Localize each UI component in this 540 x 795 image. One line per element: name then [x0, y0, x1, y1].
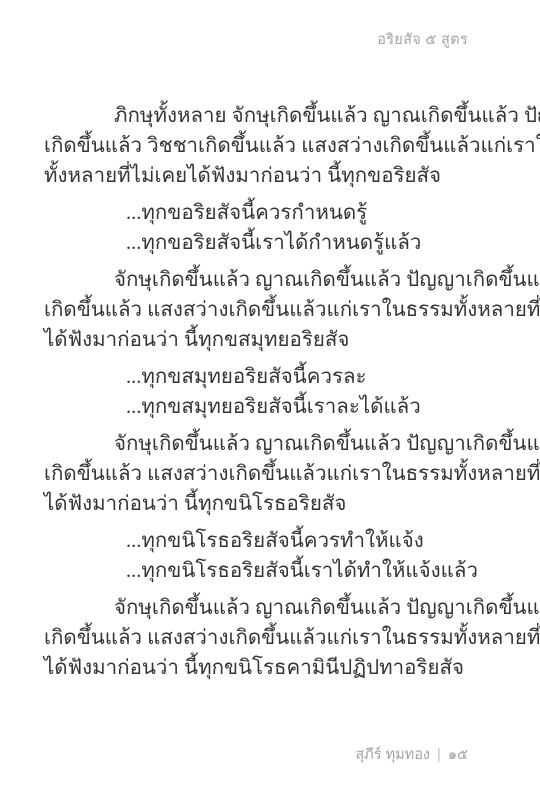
paragraph: ภิกษุทั้งหลาย จักษุเกิดขึ้นแล้ว ญาณเกิดข…	[44, 101, 500, 191]
text-line: ภิกษุทั้งหลาย จักษุเกิดขึ้นแล้ว ญาณเกิดข…	[44, 101, 500, 131]
text-line: ...ทุกขสมุทยอริยสัจนี้ควรละ	[126, 362, 500, 392]
footer-author: สุภีร์ ทุมทอง	[355, 747, 430, 763]
book-page: อริยสัจ ๕ สูตร ภิกษุทั้งหลาย จักษุเกิดขึ…	[0, 0, 540, 795]
page-footer: สุภีร์ ทุมทอง|๑๕	[355, 745, 468, 765]
text-line: เกิดขึ้นแล้ว แสงสว่างเกิดขึ้นแล้วแก่เราใ…	[44, 459, 500, 489]
text-line: ...ทุกขนิโรธอริยสัจนี้ควรทำให้แจ้ง	[126, 526, 500, 556]
text-line: ...ทุกขสมุทยอริยสัจนี้เราละได้แล้ว	[126, 392, 500, 422]
refrain-couplet: ...ทุกขอริยสัจนี้ควรกำหนดรู้...ทุกขอริยส…	[44, 198, 500, 258]
text-line: ได้ฟังมาก่อนว่า นี้ทุกขนิโรธคามินีปฏิปทา…	[44, 653, 500, 683]
text-line: จักษุเกิดขึ้นแล้ว ญาณเกิดขึ้นแล้ว ปัญญาเ…	[44, 429, 500, 459]
text-line: เกิดขึ้นแล้ว แสงสว่างเกิดขึ้นแล้วแก่เราใ…	[44, 623, 500, 653]
text-line: จักษุเกิดขึ้นแล้ว ญาณเกิดขึ้นแล้ว ปัญญาเ…	[44, 265, 500, 295]
refrain-couplet: ...ทุกขสมุทยอริยสัจนี้ควรละ...ทุกขสมุทยอ…	[44, 362, 500, 422]
page-number: ๑๕	[448, 747, 468, 763]
text-line: จักษุเกิดขึ้นแล้ว ญาณเกิดขึ้นแล้ว ปัญญาเ…	[44, 593, 500, 623]
running-header: อริยสัจ ๕ สูตร	[377, 30, 468, 50]
paragraph: จักษุเกิดขึ้นแล้ว ญาณเกิดขึ้นแล้ว ปัญญาเ…	[44, 265, 500, 355]
text-line: ทั้งหลายที่ไม่เคยได้ฟังมาก่อนว่า นี้ทุกข…	[44, 161, 500, 191]
text-line: ได้ฟังมาก่อนว่า นี้ทุกขนิโรธอริยสัจ	[44, 489, 500, 519]
footer-divider: |	[437, 745, 441, 765]
paragraph: จักษุเกิดขึ้นแล้ว ญาณเกิดขึ้นแล้ว ปัญญาเ…	[44, 593, 500, 683]
page-body: ภิกษุทั้งหลาย จักษุเกิดขึ้นแล้ว ญาณเกิดข…	[44, 101, 500, 683]
paragraph: จักษุเกิดขึ้นแล้ว ญาณเกิดขึ้นแล้ว ปัญญาเ…	[44, 429, 500, 519]
text-line: เกิดขึ้นแล้ว วิชชาเกิดขึ้นแล้ว แสงสว่างเ…	[44, 131, 500, 161]
text-line: ...ทุกขอริยสัจนี้ควรกำหนดรู้	[126, 198, 500, 228]
text-line: ...ทุกขนิโรธอริยสัจนี้เราได้ทำให้แจ้งแล้…	[126, 556, 500, 586]
text-line: เกิดขึ้นแล้ว แสงสว่างเกิดขึ้นแล้วแก่เราใ…	[44, 295, 500, 325]
text-line: ...ทุกขอริยสัจนี้เราได้กำหนดรู้แล้ว	[126, 228, 500, 258]
text-line: ได้ฟังมาก่อนว่า นี้ทุกขสมุทยอริยสัจ	[44, 325, 500, 355]
refrain-couplet: ...ทุกขนิโรธอริยสัจนี้ควรทำให้แจ้ง...ทุก…	[44, 526, 500, 586]
